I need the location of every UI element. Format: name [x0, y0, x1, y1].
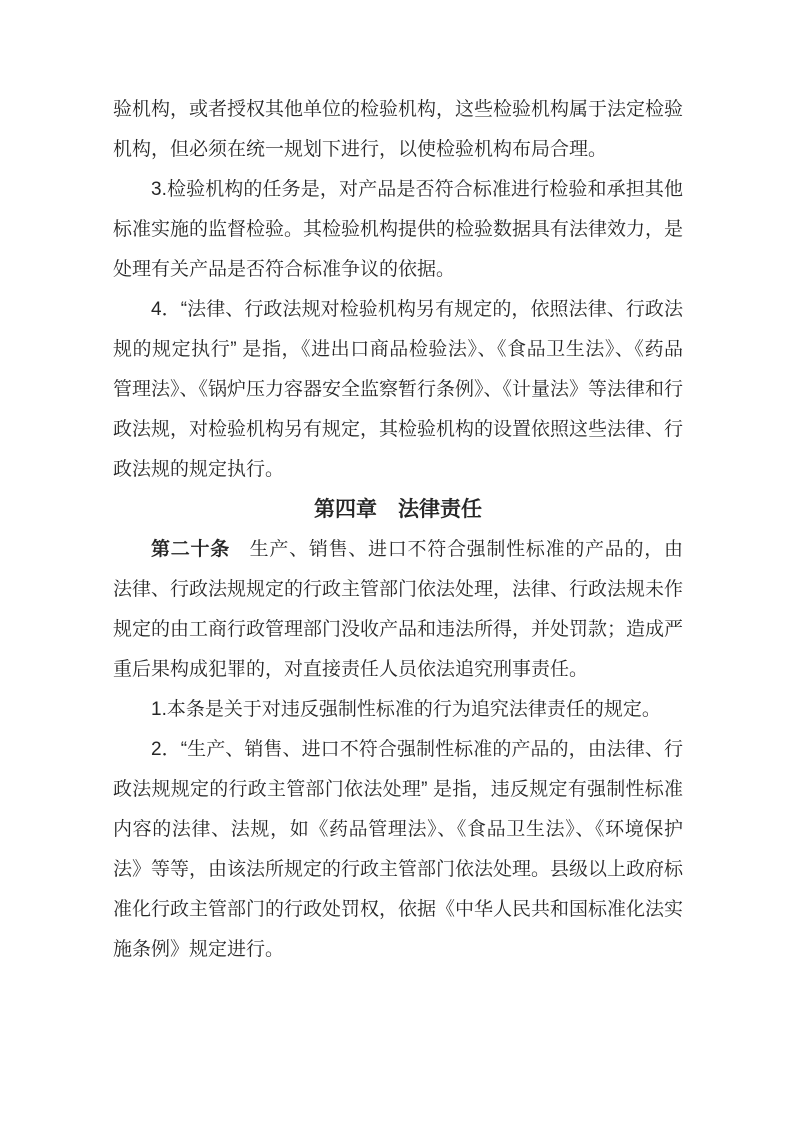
paragraph: 第二十条 生产、销售、进口不符合强制性标准的产品的，由法律、行政法规规定的行政主… [113, 530, 683, 690]
paragraph: 4．“法律、行政法规对检验机构另有规定的，依照法律、行政法规的规定执行” 是指，… [113, 290, 683, 490]
chapter-heading: 第四章 法律责任 [113, 490, 683, 530]
document-page: 验机构，或者授权其他单位的检验机构，这些检验机构属于法定检验机构，但必须在统一规… [0, 0, 793, 1122]
paragraph: 验机构，或者授权其他单位的检验机构，这些检验机构属于法定检验机构，但必须在统一规… [113, 90, 683, 170]
content-area: 验机构，或者授权其他单位的检验机构，这些检验机构属于法定检验机构，但必须在统一规… [113, 90, 683, 970]
article-number: 第二十条 [151, 539, 230, 560]
paragraph: 1.本条是关于对违反强制性标准的行为追究法律责任的规定。 [113, 690, 683, 730]
paragraph: 2．“生产、销售、进口不符合强制性标准的产品的，由法律、行政法规规定的行政主管部… [113, 730, 683, 970]
paragraph: 3.检验机构的任务是，对产品是否符合标准进行检验和承担其他标准实施的监督检验。其… [113, 170, 683, 290]
